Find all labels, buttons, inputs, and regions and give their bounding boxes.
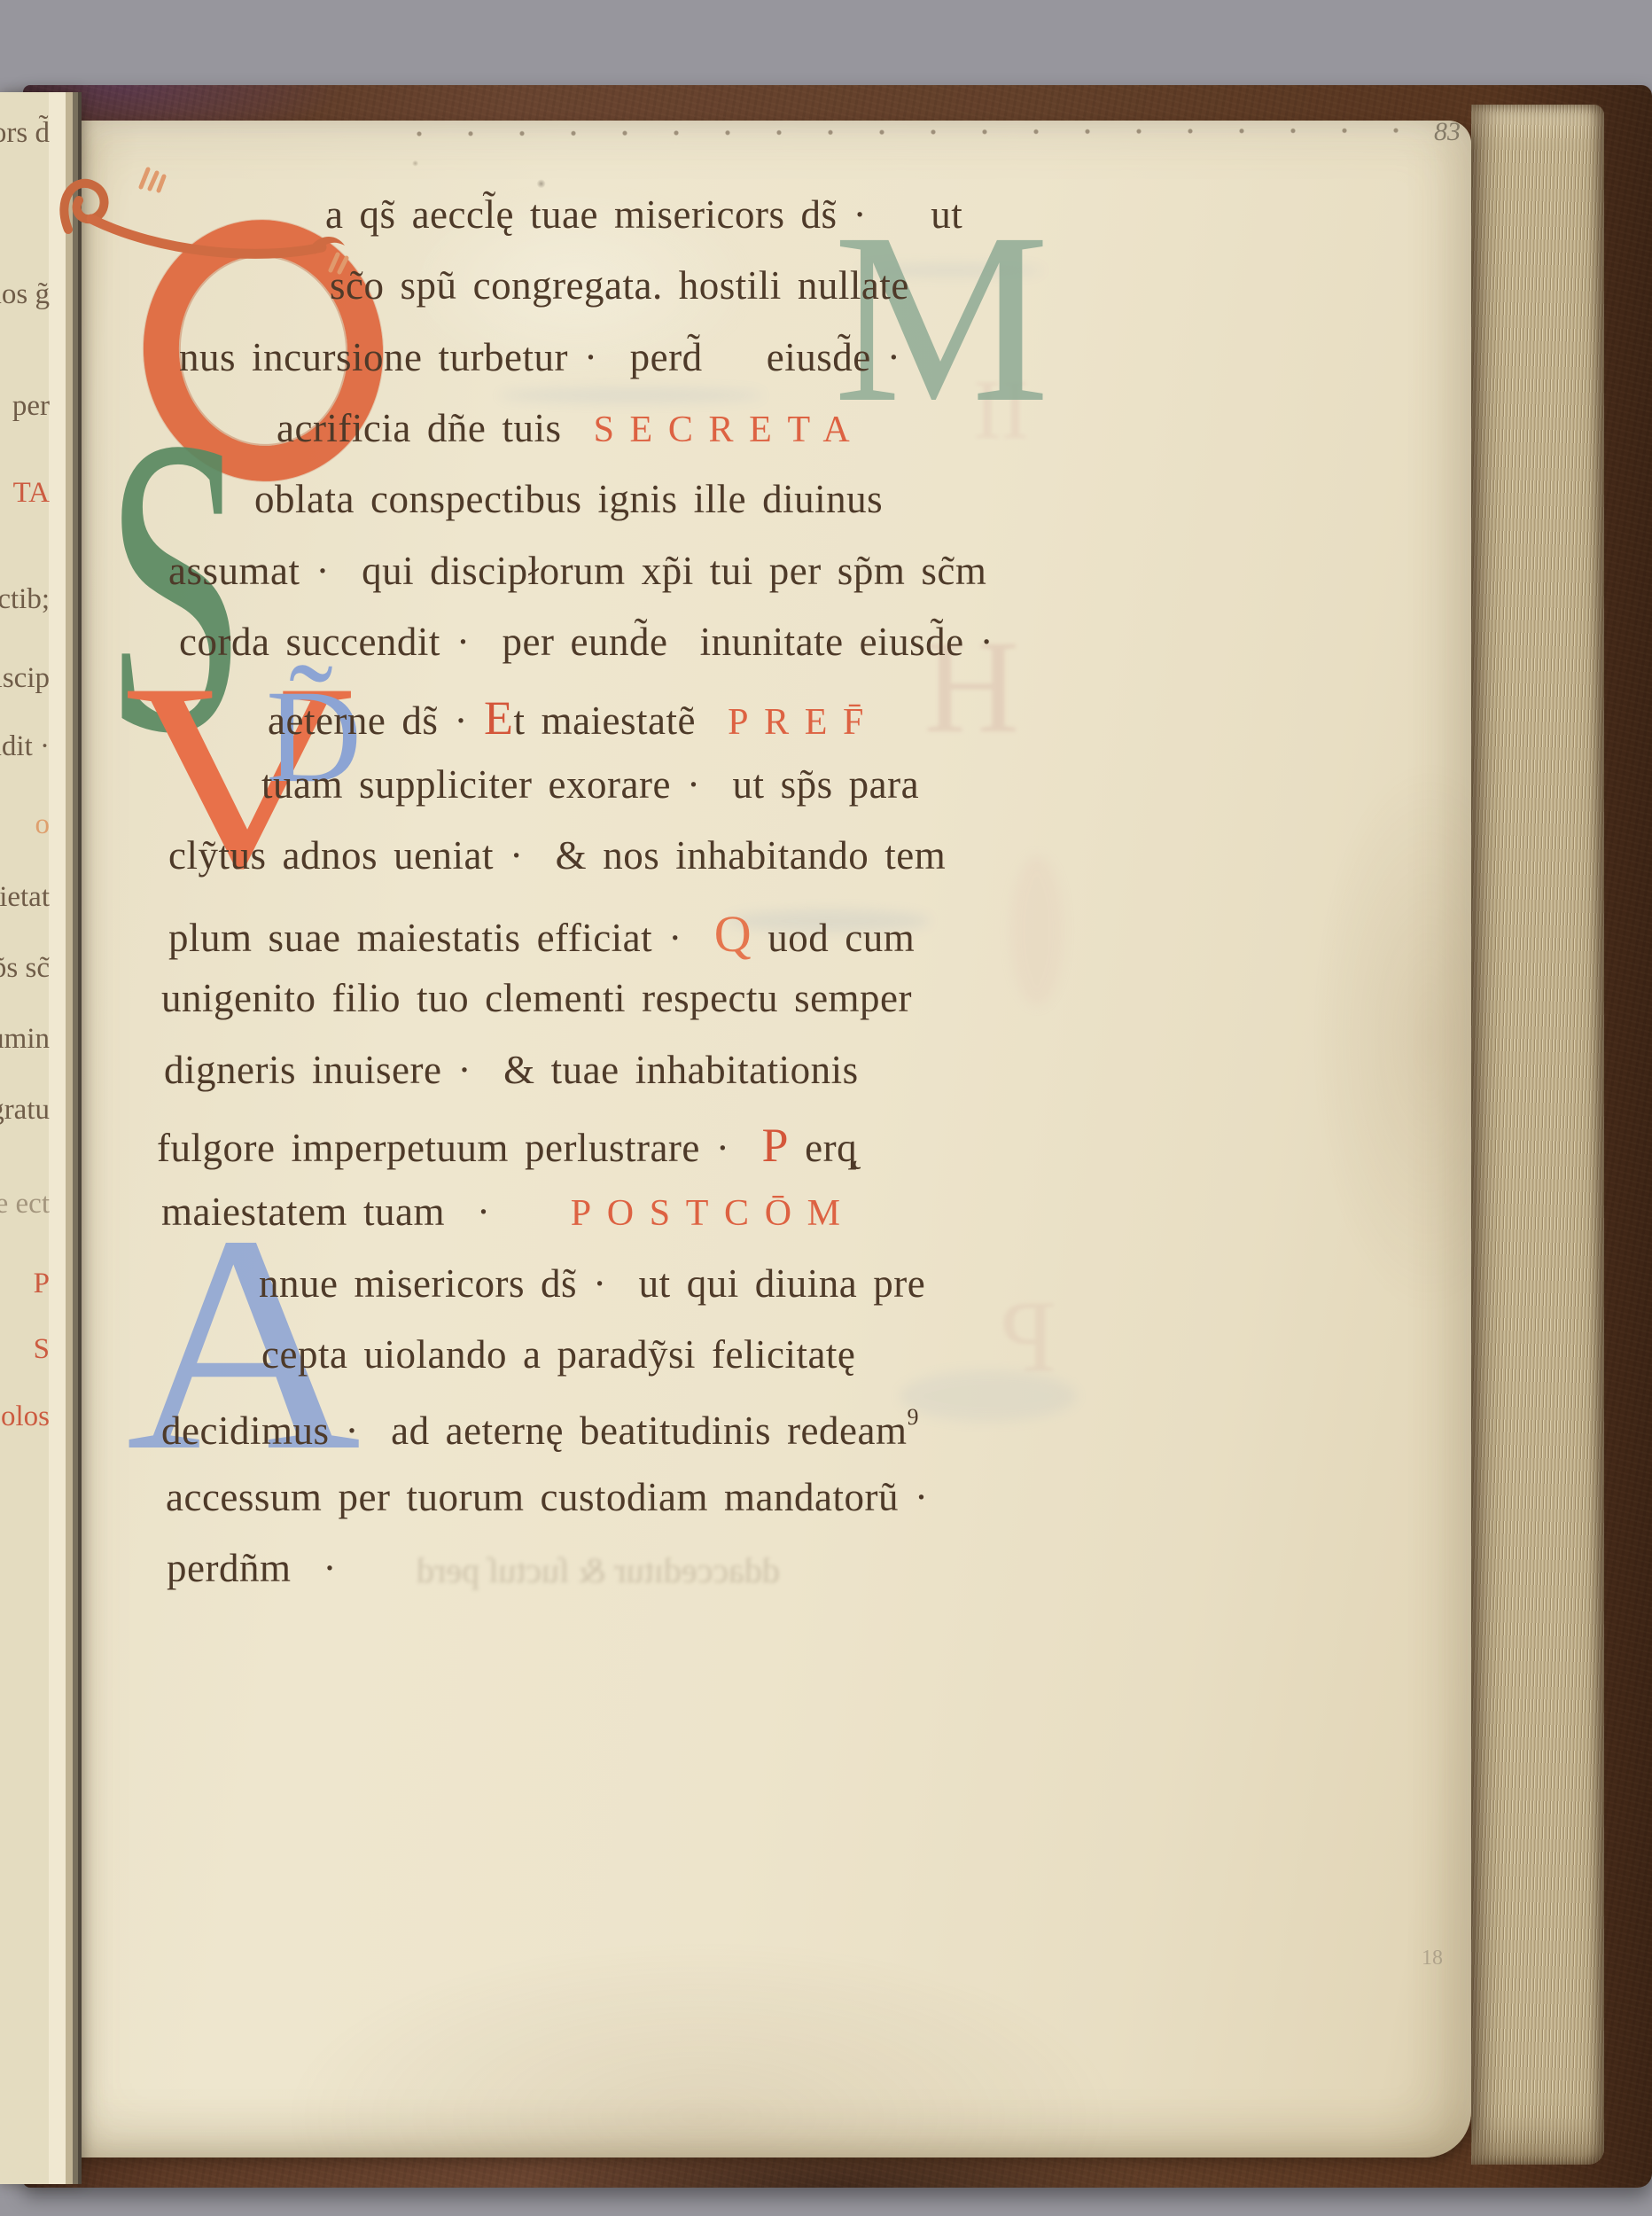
text-segment: accessum per tuorum custodiam mandatorũ … xyxy=(166,1475,929,1519)
rubric-heading: SECRETA xyxy=(594,410,866,450)
text-segment: acrificia dñe tuis xyxy=(277,406,594,450)
text-segment: Q xyxy=(714,905,752,963)
text-segment: perdñm · xyxy=(167,1546,337,1590)
text-line: fulgore imperpetuum perlustrare · P erq̨ xyxy=(157,1120,857,1172)
text-line: maiestatem tuam · POSTCŌM xyxy=(161,1190,856,1235)
text-segment: decidimus · ad aeternę beatitudinis rede… xyxy=(161,1408,907,1453)
page-top-edge-stitching xyxy=(417,128,1436,137)
text-line: decidimus · ad aeternę beatitudinis rede… xyxy=(161,1405,919,1454)
text-line: digneris inuisere · & tuae inhabitationi… xyxy=(164,1049,859,1093)
manuscript-photo: ricors d̃m nos g̃at · perTAspectib;n dis… xyxy=(0,0,1652,2216)
pencil-number: 18 xyxy=(1422,1947,1443,1970)
text-line: clỹtus adnos ueniat · & nos inhabitando … xyxy=(168,834,946,878)
text-line: aeterne ds̃ · Et maiestatẽ PREF̄ xyxy=(268,692,879,745)
text-segment: P xyxy=(762,1119,790,1172)
text-segment: clỹtus adnos ueniat · & nos inhabitando … xyxy=(168,833,946,878)
text-segment: sc̃o spũ congregata. hostili nullate xyxy=(330,263,909,308)
text-line: assumat · qui discipłorum xp̃i tui per s… xyxy=(168,550,986,594)
text-line: a qs̃ aeccl̃ę tuae misericors ds̃ · ut xyxy=(325,193,962,238)
text-segment: maiestatem tuam · xyxy=(161,1190,571,1234)
text-line: cepta uiolando a paradỹsi felicitatę xyxy=(261,1333,855,1377)
text-segment: tuam suppliciter exorare · ut sp̃s para xyxy=(261,762,919,807)
text-line: accessum per tuorum custodiam mandatorũ … xyxy=(166,1476,929,1520)
text-line: corda succendit · per eund̃e inunitate e… xyxy=(179,620,994,665)
text-segment: unigenito filio tuo clementi respectu se… xyxy=(161,976,912,1020)
text-line: tuam suppliciter exorare · ut sp̃s para xyxy=(261,763,919,808)
text-line: nus incursione turbetur · perd̃ eiusd̃e … xyxy=(179,336,900,380)
bleedthrough-smudge xyxy=(1010,855,1064,1006)
text-segment: corda succendit · per eund̃e inunitate e… xyxy=(179,620,994,664)
page-content: HIIPddaccedıtur & ſuctuſ perd M S V D̃ A… xyxy=(0,0,1652,2216)
text-line: unigenito filio tuo clementi respectu se… xyxy=(161,977,912,1021)
folio-number: 83 xyxy=(1434,117,1461,147)
text-segment: nus incursione turbetur · perd̃ eiusd̃e … xyxy=(179,335,900,379)
text-line: oblata conspectibus ignis ille diuinus xyxy=(254,478,883,522)
text-segment: nnue misericors ds̃ · ut qui diuina pre xyxy=(259,1261,925,1306)
text-line: sc̃o spũ congregata. hostili nullate xyxy=(330,264,909,308)
text-segment: E xyxy=(484,691,514,745)
text-segment: 9 xyxy=(907,1404,919,1430)
text-line: nnue misericors ds̃ · ut qui diuina pre xyxy=(259,1262,925,1307)
bleedthrough-smudge xyxy=(498,388,764,402)
text-segment: cepta uiolando a paradỹsi felicitatę xyxy=(261,1332,855,1377)
text-segment: digneris inuisere · & tuae inhabitationi… xyxy=(164,1048,859,1092)
rubric-heading: POSTCŌM xyxy=(571,1193,856,1234)
bleedthrough-text: ddaccedıtur & ſuctuſ perd xyxy=(417,1553,780,1588)
text-segment: plum suae maiestatis efficiat · xyxy=(168,916,714,960)
text-segment: fulgore imperpetuum perlustrare · xyxy=(157,1126,762,1170)
text-line: acrificia dñe tuis SECRETA xyxy=(277,407,865,451)
text-segment: assumat · qui discipłorum xp̃i tui per s… xyxy=(168,549,986,593)
text-line: perdñm · xyxy=(167,1547,337,1591)
text-line: plum suae maiestatis efficiat · Q uod cu… xyxy=(168,906,915,963)
bleedthrough-text: P xyxy=(1000,1285,1056,1387)
text-segment: uod cum xyxy=(752,916,915,960)
text-segment: a qs̃ aeccl̃ę tuae misericors ds̃ · ut xyxy=(325,192,962,237)
text-segment: aeterne ds̃ · xyxy=(268,698,484,743)
rubric-heading: PREF̄ xyxy=(728,702,879,743)
text-segment: oblata conspectibus ignis ille diuinus xyxy=(254,477,883,521)
text-segment: t maiestatẽ xyxy=(514,698,729,743)
text-segment: erq̨ xyxy=(789,1126,857,1170)
